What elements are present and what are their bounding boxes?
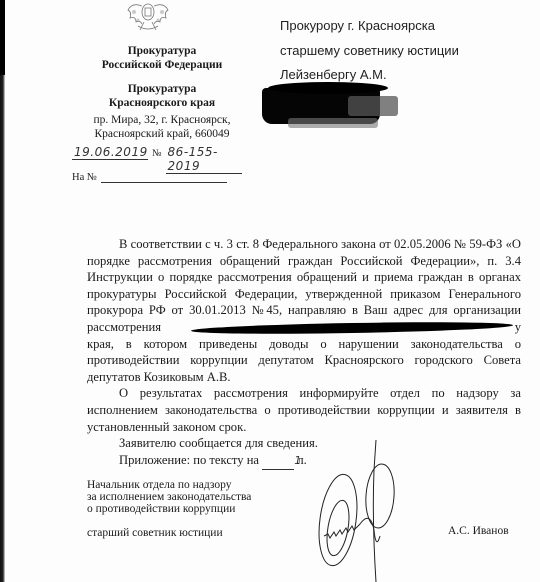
handwritten-signature (314, 440, 424, 582)
attachment-suffix: л. (297, 453, 306, 467)
position-line2: за исполнением законодательства (87, 491, 251, 503)
signatory-rank: старший советник юстиции (87, 527, 223, 539)
sender-org: Прокуратура Российской Федерации (62, 44, 262, 72)
position-line3: о противодействии коррупции (87, 503, 251, 515)
number-sign: № (152, 148, 162, 159)
letter-body: В соответствии с ч. 3 ст. 8 Федерального… (87, 236, 521, 470)
reference-blank (101, 172, 227, 183)
sender-address-line2: Красноярский край, 660049 (52, 127, 272, 141)
sender-org-line2: Российской Федерации (62, 58, 262, 72)
body-paragraph-3: Заявителю сообщается для сведения. (87, 435, 521, 452)
letter-number: 86-155-2019 (166, 145, 242, 174)
sender-suborg-line1: Прокуратура (62, 82, 262, 96)
attachment-label: Приложение: по тексту на (119, 453, 259, 467)
redaction-block-addressee (258, 82, 408, 130)
redaction-inline (191, 320, 513, 336)
sender-address-line1: пр. Мира, 32, г. Красноярск, (52, 113, 272, 127)
position-line1: Начальник отдела по надзору (87, 479, 251, 491)
sender-address: пр. Мира, 32, г. Красноярск, Красноярски… (52, 113, 272, 141)
signatory-position: Начальник отдела по надзору за исполнени… (87, 479, 251, 515)
sender-suborg: Прокуратура Красноярского края (62, 82, 262, 110)
attachment-line: Приложение: по тексту на 1 л. (87, 452, 521, 471)
registration-line: 19.06.2019 № 86-155-2019 (72, 145, 242, 174)
sender-suborg-line2: Красноярского края (62, 96, 262, 110)
scan-left-border (0, 0, 5, 582)
body-paragraph-2: О результатах рассмотрения информируйте … (87, 385, 521, 435)
reference-line: На № (72, 172, 227, 183)
addressee-block: Прокурору г. Красноярска старшему советн… (280, 14, 459, 88)
attachment-pages: 1 (262, 453, 294, 471)
body-paragraph-1: В соответствии с ч. 3 ст. 8 Федерального… (87, 236, 521, 385)
signatory-name: А.С. Иванов (448, 525, 509, 537)
addressee-line2: старшему советнику юстиции (280, 39, 459, 64)
body-p1-part-a: В соответствии с ч. 3 ст. 8 Федерального… (87, 237, 521, 334)
russian-coat-of-arms-icon (124, 0, 172, 34)
reference-label: На № (72, 172, 97, 183)
sender-org-line1: Прокуратура (62, 44, 262, 58)
addressee-line1: Прокурору г. Красноярска (280, 14, 459, 39)
letter-date: 19.06.2019 (72, 145, 148, 160)
